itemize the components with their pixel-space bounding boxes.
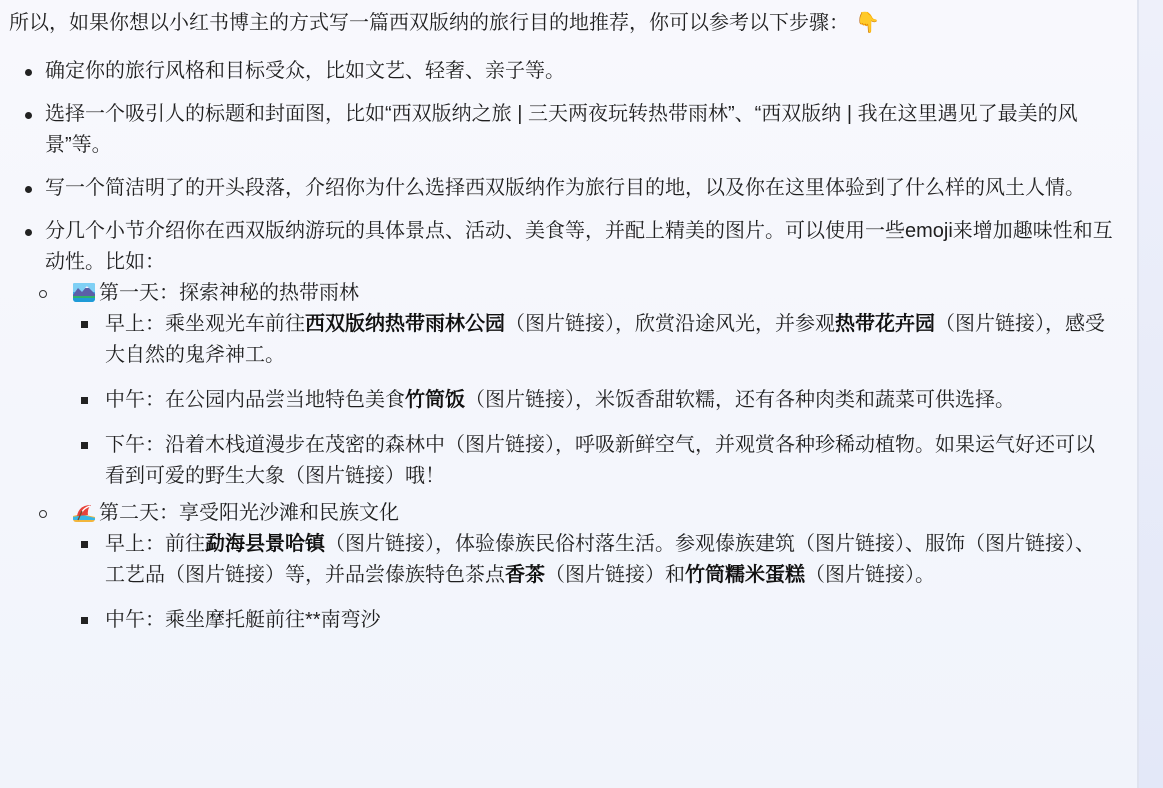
bullet-disc-icon [25,186,32,193]
schedule-list: 早上：乘坐观光车前往西双版纳热带雨林公园（图片链接），欣赏沿途风光，并参观热带花… [73,309,1114,492]
bullet-square-icon [81,442,88,449]
schedule-text: 中午：在公园内品尝当地特色美食 [105,389,405,411]
schedule-item: 早上：乘坐观光车前往西双版纳热带雨林公园（图片链接），欣赏沿途风光，并参观热带花… [73,309,1114,371]
schedule-item: 中午：在公园内品尝当地特色美食竹筒饭（图片链接），米饭香甜软糯，还有各种肉类和蔬… [73,385,1114,416]
step-text: 确定你的旅行风格和目标受众，比如文艺、轻奢、亲子等。 [45,60,565,82]
step-text: 分几个小节介绍你在西双版纳游玩的具体景点、活动、美食等，并配上精美的图片。可以使… [45,220,1113,273]
chat-message-content: 所以，如果你想以小红书博主的方式写一篇西双版纳的旅行目的地推荐，你可以参考以下步… [0,0,1137,788]
pointing-down-icon: 👇 [855,12,880,34]
schedule-text: （图片链接），米饭香甜软糯，还有各种肉类和蔬菜可供选择。 [465,389,1015,411]
schedule-text: 早上：乘坐观光车前往 [105,313,305,335]
steps-list: 确定你的旅行风格和目标受众，比如文艺、轻奢、亲子等。 选择一个吸引人的标题和封面… [24,56,1114,648]
bullet-square-icon [81,541,88,548]
bullet-circle-icon [39,510,47,518]
bullet-disc-icon [25,112,32,119]
step-text: 选择一个吸引人的标题和封面图，比如“西双版纳之旅 | 三天两夜玩转热带雨林”、“… [45,103,1078,156]
step-item: 确定你的旅行风格和目标受众，比如文艺、轻奢、亲子等。 [24,56,1114,87]
intro-text: 所以，如果你想以小红书博主的方式写一篇西双版纳的旅行目的地推荐，你可以参考以下步… [9,12,849,34]
bullet-square-icon [81,617,88,624]
food-name: 香茶 [505,564,545,586]
intro-paragraph: 所以，如果你想以小红书博主的方式写一篇西双版纳的旅行目的地推荐，你可以参考以下步… [9,8,880,39]
bullet-square-icon [81,397,88,404]
day-item: 第二天：享受阳光沙滩和民族文化 早上：前往勐海县景哈镇（图片链接），体验傣族民俗… [24,498,1114,636]
bullet-circle-icon [39,290,47,298]
day-item: 第一天：探索神秘的热带雨林 早上：乘坐观光车前往西双版纳热带雨林公园（图片链接）… [24,278,1114,492]
beach-umbrella-icon [73,502,95,522]
schedule-item: 下午：沿着木栈道漫步在茂密的森林中（图片链接），呼吸新鲜空气，并观赏各种珍稀动植… [73,430,1114,492]
day-title: 第二天：享受阳光沙滩和民族文化 [99,502,399,524]
schedule-list: 早上：前往勐海县景哈镇（图片链接），体验傣族民俗村落生活。参观傣族建筑（图片链接… [73,529,1114,636]
food-name: 竹筒糯米蛋糕 [685,564,805,586]
bullet-disc-icon [25,69,32,76]
schedule-text: 早上：前往 [105,533,205,555]
bullet-square-icon [81,321,88,328]
schedule-text: （图片链接）和 [545,564,685,586]
schedule-text: （图片链接），欣赏沿途风光，并参观 [505,313,835,335]
schedule-text: 中午：乘坐摩托艇前往**南弯沙 [105,609,381,631]
days-list: 第一天：探索神秘的热带雨林 早上：乘坐观光车前往西双版纳热带雨林公园（图片链接）… [24,278,1114,636]
schedule-text: 下午：沿着木栈道漫步在茂密的森林中（图片链接），呼吸新鲜空气，并观赏各种珍稀动植… [105,434,1095,487]
side-panel-edge [1137,0,1163,788]
step-item: 选择一个吸引人的标题和封面图，比如“西双版纳之旅 | 三天两夜玩转热带雨林”、“… [24,99,1114,161]
step-item: 写一个简洁明了的开头段落，介绍你为什么选择西双版纳作为旅行目的地，以及你在这里体… [24,173,1114,204]
day-title: 第一天：探索神秘的热带雨林 [99,282,359,304]
place-name: 西双版纳热带雨林公园 [305,313,505,335]
bullet-disc-icon [25,229,32,236]
schedule-text: （图片链接）。 [805,564,935,586]
place-name: 热带花卉园 [835,313,935,335]
step-text: 写一个简洁明了的开头段落，介绍你为什么选择西双版纳作为旅行目的地，以及你在这里体… [45,177,1085,199]
food-name: 竹筒饭 [405,389,465,411]
schedule-item: 中午：乘坐摩托艇前往**南弯沙 [73,605,1114,636]
schedule-item: 早上：前往勐海县景哈镇（图片链接），体验傣族民俗村落生活。参观傣族建筑（图片链接… [73,529,1114,591]
place-name: 勐海县景哈镇 [205,533,325,555]
step-item: 分几个小节介绍你在西双版纳游玩的具体景点、活动、美食等，并配上精美的图片。可以使… [24,216,1114,636]
national-park-icon [73,282,95,302]
